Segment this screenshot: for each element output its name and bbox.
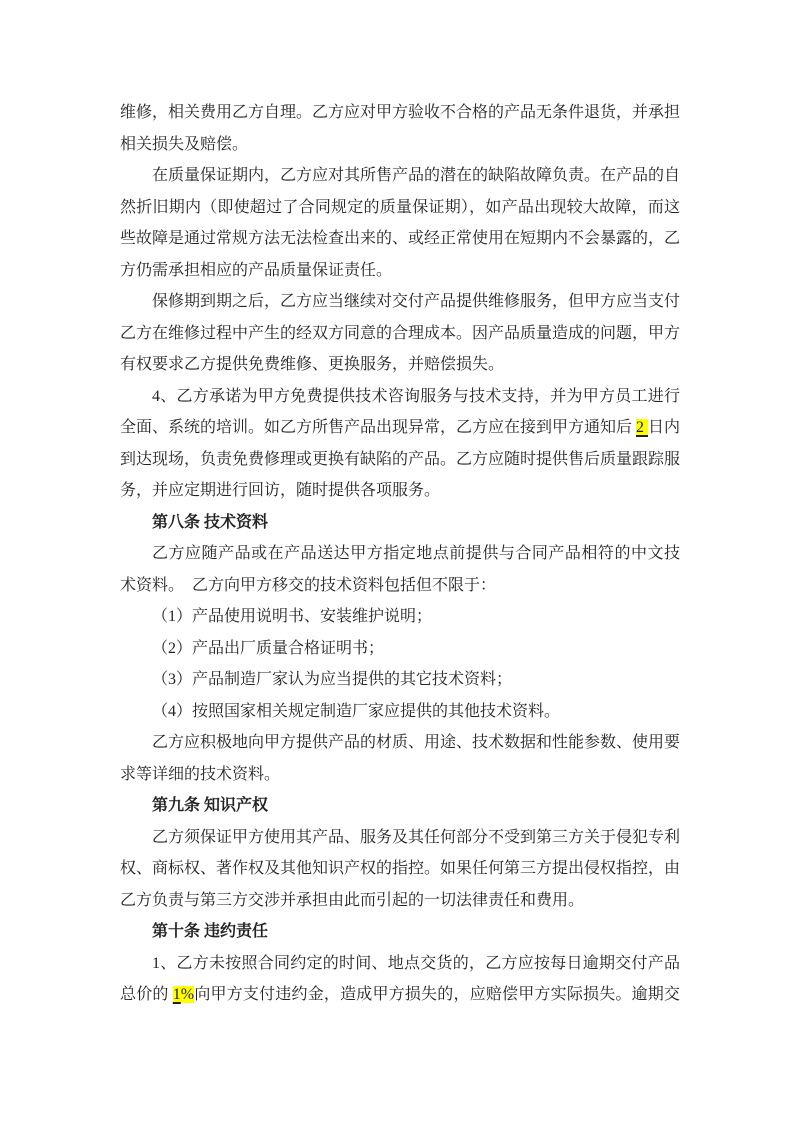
text-run: 1、乙方未按照合同约定的时间、地点交货的，乙方应按每日逾期交付产品 xyxy=(152,955,680,972)
text-run: 总价的 xyxy=(120,986,173,1003)
text-line: 求等详细的技术资料。 xyxy=(120,759,680,791)
text-line: 然折旧期内（即使超过了合同规定的质量保证期），如产品出现较大故障，而这 xyxy=(120,192,680,224)
text-run: 乙方负责与第三方交涉并承担由此而引起的一切法律责任和费用。 xyxy=(120,892,584,909)
text-line: （3）产品制造厂家认为应当提供的其它技术资料； xyxy=(120,664,680,696)
text-run: （3）产品制造厂家认为应当提供的其它技术资料； xyxy=(152,671,512,688)
text-line: 乙方应积极地向甲方提供产品的材质、用途、技术数据和性能参数、使用要 xyxy=(120,727,680,759)
text-run: 有权要求乙方提供免费维修、更换服务，并赔偿损失。 xyxy=(120,356,504,373)
text-line: 方仍需承担相应的产品质量保证责任。 xyxy=(120,255,680,287)
text-line: 乙方应随产品或在产品送达甲方指定地点前提供与合同产品相符的中文技 xyxy=(120,538,680,570)
text-run: 第八条 技术资料 xyxy=(152,514,268,531)
text-line: 全面、系统的培训。如乙方所售产品出现异常，乙方应在接到甲方通知后 2 日内 xyxy=(120,412,680,444)
highlighted-value: 1 xyxy=(173,986,181,1003)
text-line: 乙方负责与第三方交涉并承担由此而引起的一切法律责任和费用。 xyxy=(120,885,680,917)
text-line: 术资料。 乙方向甲方移交的技术资料包括但不限于： xyxy=(120,570,680,602)
text-run: 第十条 违约责任 xyxy=(152,923,268,940)
text-run: （1）产品使用说明书、安装维护说明； xyxy=(152,608,432,625)
text-line: 务，并应定期进行回访，随时提供各项服务。 xyxy=(120,475,680,507)
text-run: 乙方应积极地向甲方提供产品的材质、用途、技术数据和性能参数、使用要 xyxy=(152,734,680,751)
text-line: 些故障是通过常规方法无法检查出来的、或经正常使用在短期内不会暴露的，乙 xyxy=(120,223,680,255)
text-line: 4、乙方承诺为甲方免费提供技术咨询服务与技术支持，并为甲方员工进行 xyxy=(120,381,680,413)
text-line: 乙方须保证甲方使用其产品、服务及其任何部分不受到第三方关于侵犯专利 xyxy=(120,822,680,854)
text-line: （1）产品使用说明书、安装维护说明； xyxy=(120,601,680,633)
text-run: 日内 xyxy=(648,419,680,436)
text-run: 向甲方支付违约金，造成甲方损失的，应赔偿甲方实际损失。逾期交 xyxy=(194,986,680,1003)
text-line: （4）按照国家相关规定制造厂家应提供的其他技术资料。 xyxy=(120,696,680,728)
text-run: 乙方在维修过程中产生的经双方同意的合理成本。因产品质量造成的问题，甲方 xyxy=(120,325,680,342)
text-run: 第九条 知识产权 xyxy=(152,797,268,814)
document-body: 维修，相关费用乙方自理。乙方应对甲方验收不合格的产品无条件退货，并承担相关损失及… xyxy=(120,97,680,1011)
text-run: 相关损失及赔偿。 xyxy=(120,136,248,153)
text-line: 相关损失及赔偿。 xyxy=(120,129,680,161)
contract-page: 维修，相关费用乙方自理。乙方应对甲方验收不合格的产品无条件退货，并承担相关损失及… xyxy=(0,0,800,1131)
section-heading: 第十条 违约责任 xyxy=(120,916,680,948)
text-line: 保修期到期之后，乙方应当继续对交付产品提供维修服务，但甲方应当支付 xyxy=(120,286,680,318)
text-run: （4）按照国家相关规定制造厂家应提供的其他技术资料。 xyxy=(152,703,560,720)
text-line: 权、商标权、著作权及其他知识产权的指控。如果任何第三方提出侵权指控，由 xyxy=(120,853,680,885)
section-heading: 第八条 技术资料 xyxy=(120,507,680,539)
text-run: 求等详细的技术资料。 xyxy=(120,766,280,783)
text-run: 术资料。 乙方向甲方移交的技术资料包括但不限于： xyxy=(120,577,496,594)
text-line: 维修，相关费用乙方自理。乙方应对甲方验收不合格的产品无条件退货，并承担 xyxy=(120,97,680,129)
text-line: 总价的 1%向甲方支付违约金，造成甲方损失的，应赔偿甲方实际损失。逾期交 xyxy=(120,979,680,1011)
text-run: 方仍需承担相应的产品质量保证责任。 xyxy=(120,262,392,279)
text-run: 乙方须保证甲方使用其产品、服务及其任何部分不受到第三方关于侵犯专利 xyxy=(152,829,680,846)
text-run: 4、乙方承诺为甲方免费提供技术咨询服务与技术支持，并为甲方员工进行 xyxy=(152,388,680,405)
section-heading: 第九条 知识产权 xyxy=(120,790,680,822)
text-line: （2）产品出厂质量合格证明书； xyxy=(120,633,680,665)
text-run: 务，并应定期进行回访，随时提供各项服务。 xyxy=(120,482,440,499)
text-run: 维修，相关费用乙方自理。乙方应对甲方验收不合格的产品无条件退货，并承担 xyxy=(120,104,680,121)
text-line: 乙方在维修过程中产生的经双方同意的合理成本。因产品质量造成的问题，甲方 xyxy=(120,318,680,350)
text-run: 权、商标权、著作权及其他知识产权的指控。如果任何第三方提出侵权指控，由 xyxy=(120,860,680,877)
text-run: 然折旧期内（即使超过了合同规定的质量保证期），如产品出现较大故障，而这 xyxy=(120,199,680,216)
text-line: 在质量保证期内，乙方应对其所售产品的潜在的缺陷故障负责。在产品的自 xyxy=(120,160,680,192)
text-run: 到达现场，负责免费修理或更换有缺陷的产品。乙方应随时提供售后质量跟踪服 xyxy=(120,451,680,468)
text-run: 保修期到期之后，乙方应当继续对交付产品提供维修服务，但甲方应当支付 xyxy=(152,293,680,310)
text-run: 全面、系统的培训。如乙方所售产品出现异常，乙方应在接到甲方通知后 xyxy=(120,419,636,436)
text-run: （2）产品出厂质量合格证明书； xyxy=(152,640,384,657)
text-run: 乙方应随产品或在产品送达甲方指定地点前提供与合同产品相符的中文技 xyxy=(152,545,680,562)
highlighted-value: 2 xyxy=(636,419,648,436)
text-line: 有权要求乙方提供免费维修、更换服务，并赔偿损失。 xyxy=(120,349,680,381)
text-run: 在质量保证期内，乙方应对其所售产品的潜在的缺陷故障负责。在产品的自 xyxy=(152,167,680,184)
text-line: 1、乙方未按照合同约定的时间、地点交货的，乙方应按每日逾期交付产品 xyxy=(120,948,680,980)
text-run: 些故障是通过常规方法无法检查出来的、或经正常使用在短期内不会暴露的，乙 xyxy=(120,230,680,247)
text-line: 到达现场，负责免费修理或更换有缺陷的产品。乙方应随时提供售后质量跟踪服 xyxy=(120,444,680,476)
highlighted-value: % xyxy=(181,986,194,1003)
